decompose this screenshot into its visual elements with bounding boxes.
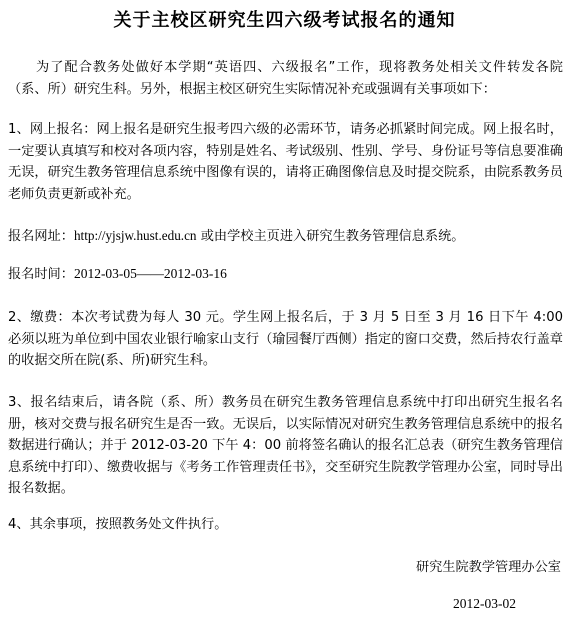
registration-time-line: 报名时间：2012-03-05——2012-03-16: [8, 263, 563, 286]
signature: 研究生院教学管理办公室: [416, 556, 561, 575]
intro-paragraph: 为了配合教务处做好本学期“英语四、六级报名”工作，现将教务处相关文件转发各院（系…: [8, 57, 563, 100]
item-after-registration: 3、报名结束后，请各院（系、所）教务员在研究生教务管理信息系统中打印出研究生报名…: [8, 392, 563, 500]
registration-time-value: 2012-03-05——2012-03-16: [74, 266, 227, 281]
page-title: 关于主校区研究生四六级考试报名的通知: [0, 6, 569, 32]
registration-site-suffix: 或由学校主页进入研究生教务管理信息系统。: [197, 229, 465, 244]
registration-site-label: 报名网址：: [8, 229, 74, 244]
item-online-registration: 1、网上报名：网上报名是研究生报考四六级的必需环节，请务必抓紧时间完成。网上报名…: [8, 119, 563, 205]
registration-site-link[interactable]: http://yjsjw.hust.edu.cn: [74, 228, 197, 243]
notice-date: 2012-03-02: [453, 596, 516, 612]
item-other-matters: 4、其余事项，按照教务处文件执行。: [8, 514, 563, 536]
registration-site-line: 报名网址：http://yjsjw.hust.edu.cn 或由学校主页进入研究…: [8, 225, 563, 248]
item-payment: 2、缴费：本次考试费为每人 30 元。学生网上报名后，于 3 月 5 日至 3 …: [8, 307, 563, 372]
registration-time-label: 报名时间：: [8, 267, 74, 282]
